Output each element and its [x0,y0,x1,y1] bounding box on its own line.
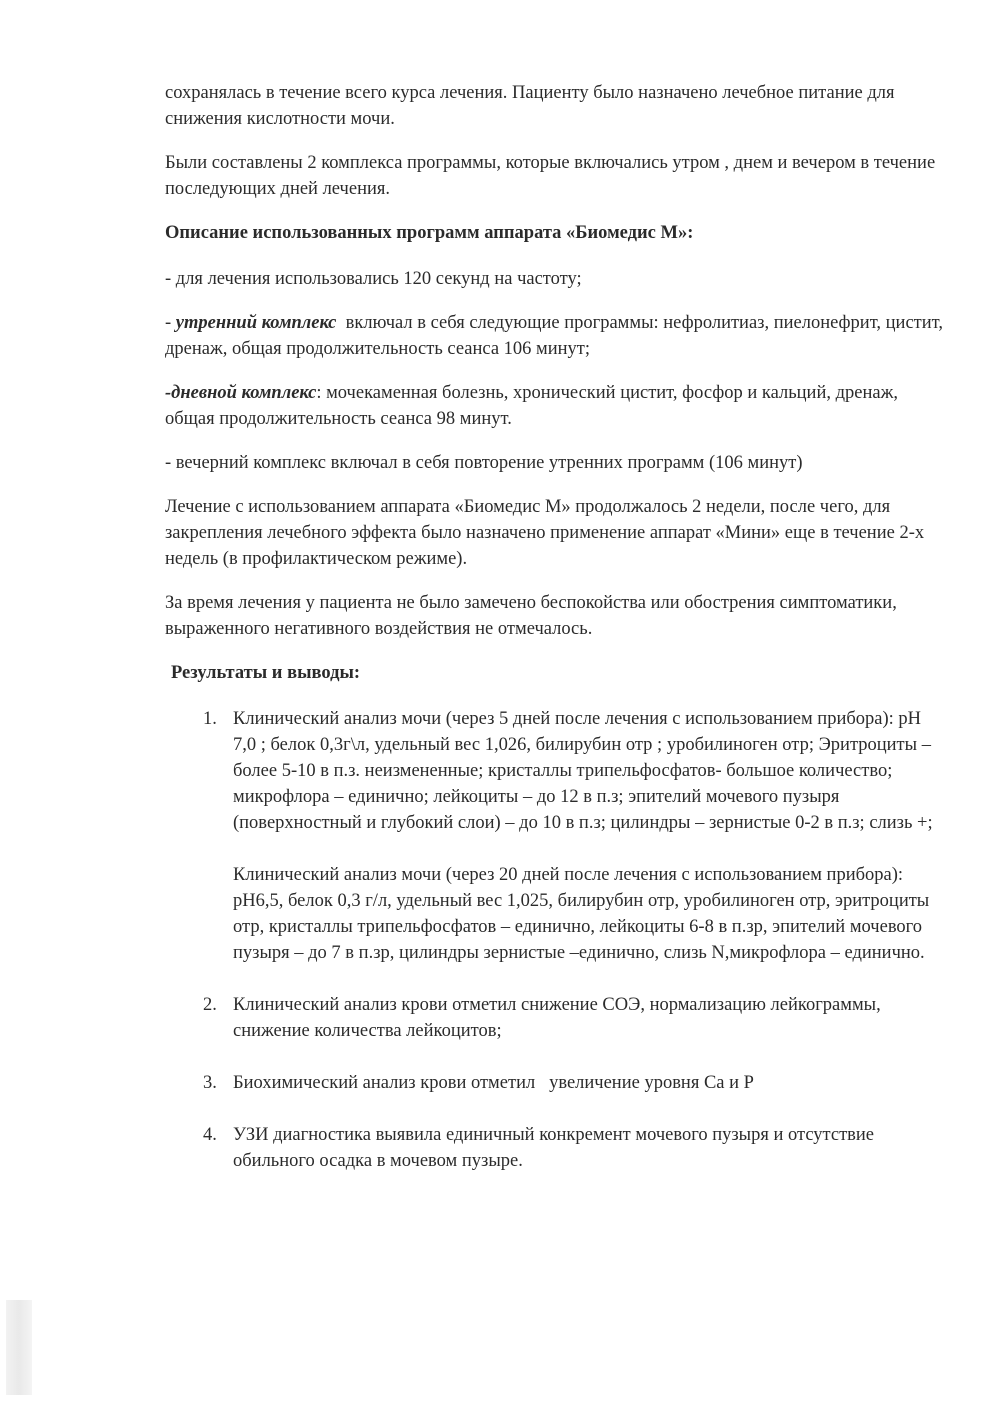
paragraph-complexes: Были составлены 2 комплекса программы, к… [165,150,945,202]
result-item-4: 4. УЗИ диагностика выявила единичный кон… [165,1122,945,1174]
document-page: сохранялась в течение всего курса лечени… [165,80,945,1200]
day-complex: -дневной комплекс: мочекаменная болезнь,… [165,380,945,432]
result-item-1: 1. Клинический анализ мочи (через 5 дней… [165,706,945,966]
morning-complex: - утренний комплекс включал в себя следу… [165,310,945,362]
paragraph-diet: сохранялась в течение всего курса лечени… [165,80,945,132]
program-duration-line: - для лечения использовались 120 секунд … [165,266,945,292]
result-number: 2. [203,992,217,1018]
results-heading: Результаты и выводы: [171,660,945,686]
result-text: Клинический анализ крови отметил снижени… [233,992,945,1044]
morning-label: утренний комплекс [176,313,337,333]
result-text: УЗИ диагностика выявила единичный конкре… [233,1122,945,1174]
result-number: 1. [203,706,217,732]
programs-heading: Описание использованных программ аппарат… [165,220,945,246]
scan-edge-artifact [6,1300,32,1395]
treatment-paragraph: Лечение с использованием аппарата «Биоме… [165,494,945,572]
result-subtext: Клинический анализ мочи (через 20 дней п… [233,862,945,966]
results-list: 1. Клинический анализ мочи (через 5 дней… [165,706,945,1174]
result-number: 3. [203,1070,217,1096]
evening-complex: - вечерний комплекс включал в себя повто… [165,450,945,476]
result-text: Биохимический анализ крови отметил увели… [233,1070,945,1096]
day-label: дневной комплекс [171,383,316,403]
result-item-2: 2. Клинический анализ крови отметил сниж… [165,992,945,1044]
result-number: 4. [203,1122,217,1148]
result-text: Клинический анализ мочи (через 5 дней по… [233,706,945,836]
morning-prefix: - [165,313,176,333]
tolerance-paragraph: За время лечения у пациента не было заме… [165,590,945,642]
result-item-3: 3. Биохимический анализ крови отметил ув… [165,1070,945,1096]
